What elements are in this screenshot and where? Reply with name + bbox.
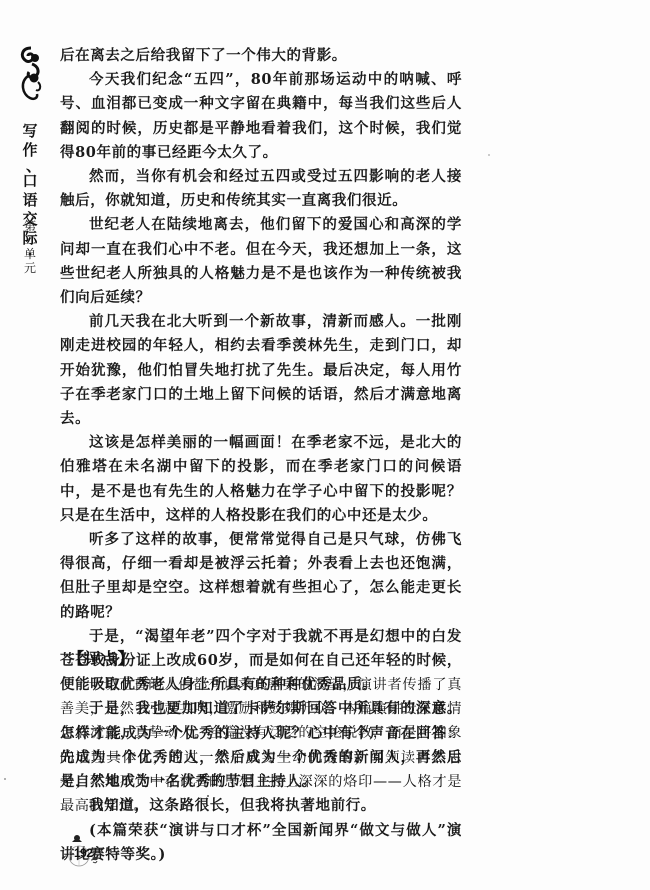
scan-speck — [488, 154, 490, 156]
floral-scroll-ornament-icon — [18, 46, 44, 102]
scan-speck — [207, 795, 209, 797]
paragraph: 世纪老人在陆续地离去，他们留下的爱国心和高深的学问却一直在我们心中不老。但在今天… — [60, 213, 462, 310]
sidebar-unit-char: 第 — [21, 219, 39, 233]
sidebar-title-char: 写 — [19, 122, 41, 141]
page-number: 192 — [74, 846, 93, 860]
paragraph: 前几天我在北大听到一个新故事，清新而感人。一批刚刚走进校园的年轻人，相约去看季羡… — [60, 310, 462, 431]
sidebar-title-char: 、 — [19, 160, 41, 172]
commentary-text: 一切正直的人们都有追求真善美的渴望，演讲者传播了真善美，自然会引起共鸣，激励和鼓… — [60, 673, 462, 818]
commentary-section: 【评点】 一切正直的人们都有追求真善美的渴望，演讲者传播了真善美，自然会引起共鸣… — [60, 648, 462, 818]
page-number-block: 192 — [64, 832, 104, 872]
award-note: (本篇荣获“演讲与口才杯”全国新闻界“做文与做人”演讲比赛特等奖。) — [60, 819, 462, 867]
sidebar-unit-char: 单 — [21, 247, 39, 261]
paragraph: 今天我们纪念“五四”，80年前那场运动中的呐喊、呼号、血泪都已变成一种文字留在典… — [60, 68, 462, 165]
paragraph: 这该是怎样美丽的一幅画面！在季老家不远，是北大的伯雅塔在未名湖中留下的投影，而在… — [60, 431, 462, 528]
book-page: 写 作 、 口 语 交 际 · 第 二 单 元 后在离去之后给我留下了一个伟大的… — [0, 0, 650, 890]
commentary-heading: 【评点】 — [68, 648, 462, 670]
sidebar-unit-label: 第 二 单 元 — [21, 219, 39, 275]
paragraph: 后在离去之后给我留下了一个伟大的背影。 — [60, 44, 462, 68]
sidebar-title-char: 语 — [19, 191, 41, 210]
paragraph: 听多了这样的故事，便常常觉得自己是只气球，仿佛飞得很高，仔细一看却是被浮云托着；… — [60, 528, 462, 625]
sidebar-unit-char: 元 — [21, 261, 39, 275]
scan-speck — [4, 778, 6, 780]
paragraph: 然而，当你有机会和经过五四或受过五四影响的老人接触后，你就知道，历史和传统其实一… — [60, 165, 462, 213]
sidebar-unit-char: 二 — [21, 233, 39, 247]
